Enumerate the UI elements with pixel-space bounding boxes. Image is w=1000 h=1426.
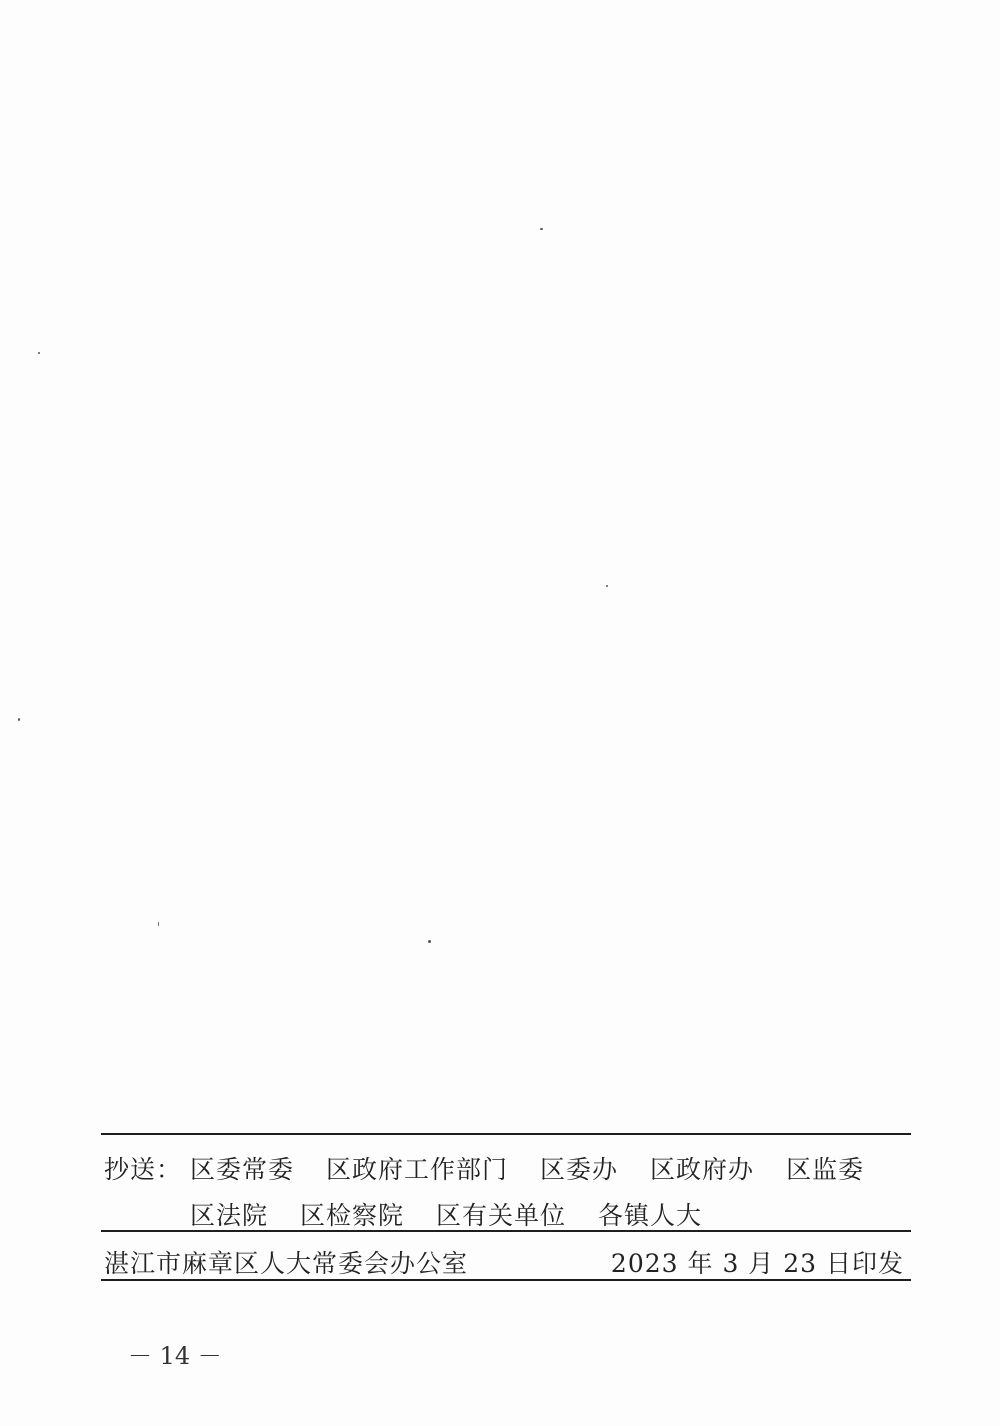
scan-speck <box>18 718 20 721</box>
cc-recipient: 区法院 <box>190 1196 268 1232</box>
scan-speck <box>606 585 608 587</box>
scan-speck <box>540 228 543 230</box>
bottom-rule <box>101 1279 911 1281</box>
cc-recipient: 区政府办 <box>650 1150 754 1186</box>
page-number: － 14 － <box>128 1336 222 1371</box>
issue-date: 2023 年 3 月 23 日印发 <box>611 1244 904 1280</box>
cc-recipient: 各镇人大 <box>598 1196 702 1232</box>
cc-recipient: 区委办 <box>540 1150 618 1186</box>
cc-recipient: 区政府工作部门 <box>326 1150 508 1186</box>
cc-recipient: 区有关单位 <box>436 1196 566 1232</box>
cc-recipient: 区检察院 <box>300 1196 404 1232</box>
scan-speck <box>38 352 40 354</box>
cc-recipient: 区委常委 <box>190 1150 294 1186</box>
top-rule <box>101 1133 911 1135</box>
cc-line-2: 区法院区检察院区有关单位各镇人大 <box>190 1196 734 1232</box>
scan-speck <box>428 940 431 943</box>
scan-speck <box>158 922 159 926</box>
cc-recipient: 区监委 <box>786 1150 864 1186</box>
cc-line-1: 抄送：区委常委区政府工作部门区委办区政府办区监委 <box>104 1150 896 1186</box>
cc-label: 抄送： <box>104 1150 190 1186</box>
middle-rule <box>101 1230 911 1232</box>
issuer: 湛江市麻章区人大常委会办公室 <box>104 1244 468 1280</box>
document-page: 抄送：区委常委区政府工作部门区委办区政府办区监委 区法院区检察院区有关单位各镇人… <box>0 0 1000 1426</box>
